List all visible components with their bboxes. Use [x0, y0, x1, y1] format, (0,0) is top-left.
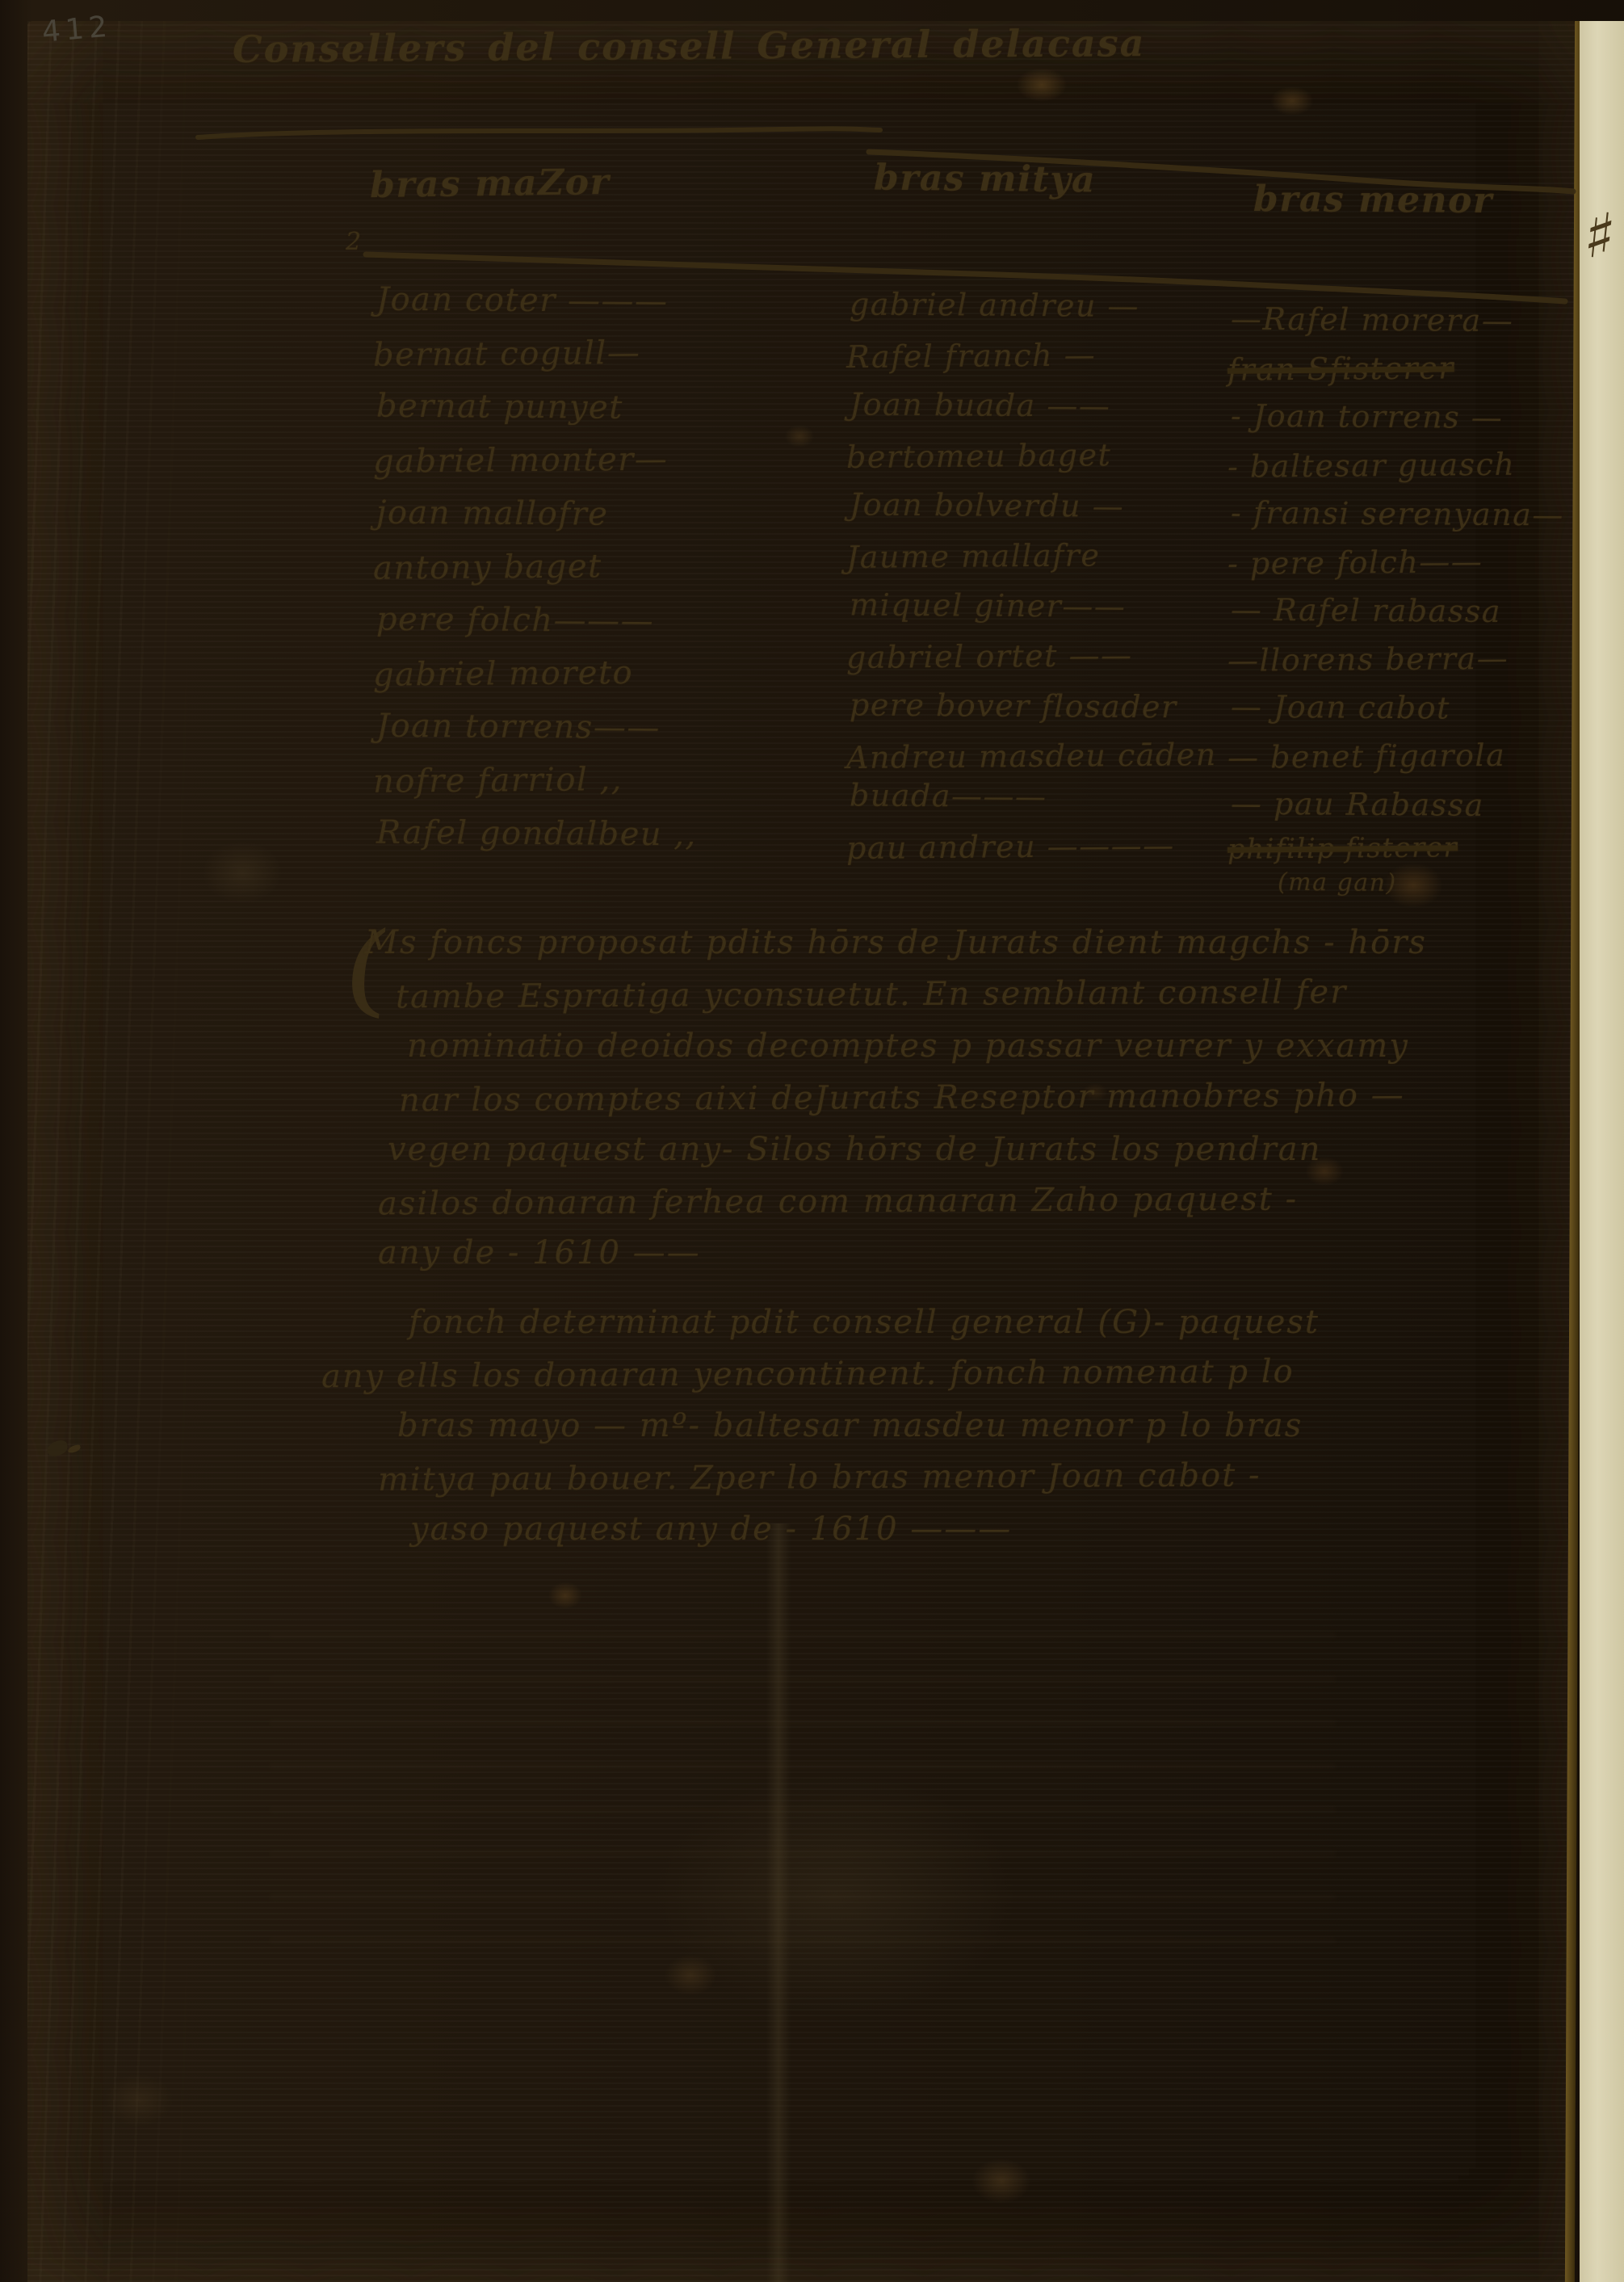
name-entry: pau andreu ———— — [846, 829, 1217, 864]
name-entry: (ma gan) — [1278, 867, 1564, 901]
paragraph-line: any de - 1610 —— — [378, 1236, 1427, 1270]
column-header-bras-major: bras maZor — [370, 162, 611, 206]
name-entry: — Joan cabot — [1231, 691, 1564, 725]
name-entry: Rafel franch — — [846, 338, 1217, 373]
name-entry: fran Sfisterer — [1227, 351, 1561, 386]
paragraph-line: bras mayo — mº- baltesar masdeu menor p … — [397, 1409, 1320, 1443]
name-entry: - baltesar guasch — [1227, 448, 1561, 483]
name-entry: gabriel andreu — — [850, 288, 1220, 322]
manuscript-scan: 412 Consellers del consell General delac… — [0, 0, 1624, 2282]
name-entry: —Rafel morera— — [1231, 303, 1564, 338]
name-entry: - fransi serenyana— — [1231, 497, 1564, 532]
paragraph-line: any ells los donaran yencontinent. fonch… — [321, 1355, 1320, 1393]
name-entry: Rafel gondalbeu ,, — [376, 815, 697, 853]
paragraph-proposal: Ms foncs proposat pdits hōrs de Jurats d… — [365, 926, 1427, 1288]
page-title: Consellers del consell General delacasa — [233, 21, 1146, 71]
next-page-edge — [1580, 21, 1624, 2282]
name-entry: Andreu masdeu cāden — [846, 738, 1217, 774]
name-list-bras-major: Joan coter ———bernat cogull—bernat punye… — [373, 283, 694, 869]
name-entry: buada——— — [850, 779, 1220, 813]
paragraph-line: asilos donaran ferhea com manaran Zaho p… — [378, 1182, 1427, 1221]
name-entry: Joan bolverdu — — [850, 488, 1220, 523]
name-entry: gabriel ortet —— — [846, 638, 1217, 674]
paragraph-line: Ms foncs proposat pdits hōrs de Jurats d… — [365, 926, 1427, 960]
name-entry: bertomeu baget — [846, 438, 1217, 473]
paragraph-line: mitya pau bouer. Zper lo bras menor Joan… — [378, 1458, 1320, 1497]
name-entry: - Joan torrens — — [1231, 400, 1564, 435]
name-entry: — Rafel rabassa — [1231, 594, 1564, 628]
margin-note-2: 2 — [346, 228, 363, 256]
ink-bleed-through — [270, 1633, 1336, 1980]
name-list-bras-mitja: gabriel andreu —Rafel franch —Joan buada… — [846, 289, 1217, 880]
page-number: 412 — [40, 10, 113, 48]
name-entry: gabriel monter— — [373, 441, 694, 479]
name-entry: phifilip fisterer — [1227, 830, 1561, 866]
margin-hash-mark: ♯ — [1581, 207, 1618, 267]
name-entry: Joan coter ——— — [376, 282, 697, 320]
column-header-bras-menor: bras menor — [1253, 179, 1493, 221]
paragraph-resolution: fonch determinat pdit consell general (G… — [321, 1305, 1320, 1564]
name-entry: — pau Rabassa — [1231, 788, 1564, 822]
paragraph-line: yaso paquest any de - 1610 ——— — [410, 1512, 1320, 1546]
name-entry: nofre farriol ,, — [373, 761, 694, 799]
name-entry: bernat cogull— — [373, 334, 694, 372]
paragraph-line: nominatio deoidos decomptes p passar veu… — [407, 1029, 1427, 1063]
name-entry: — benet figarola — [1227, 738, 1561, 774]
paragraph-line: vegen paquest any- Silos hōrs de Jurats … — [388, 1133, 1427, 1166]
name-entry: Joan torrens—— — [376, 708, 697, 746]
column-header-bras-mitja: bras mitya — [874, 158, 1097, 201]
name-entry: pere bover flosader — [850, 688, 1220, 723]
name-entry: antony baget — [373, 548, 694, 586]
name-entry: —llorens berra— — [1227, 641, 1561, 677]
name-entry: miquel giner—— — [850, 588, 1220, 623]
name-entry: - pere folch—— — [1227, 544, 1561, 580]
name-list-bras-menor: —Rafel morera—fran Sfisterer- Joan torre… — [1227, 304, 1561, 916]
name-entry: gabriel moreto — [373, 654, 694, 692]
name-entry: Joan buada —— — [850, 388, 1220, 422]
paragraph-line: tambe Espratiga yconsuetut. En semblant … — [396, 975, 1427, 1015]
paragraph-line: nar los comptes aixi deJurats Reseptor m… — [399, 1078, 1427, 1118]
paragraph-line: fonch determinat pdit consell general (G… — [409, 1305, 1320, 1339]
name-entry: pere folch——— — [376, 602, 697, 640]
name-entry: Jaume mallafre — [846, 538, 1217, 574]
name-entry: joan mallofre — [376, 495, 697, 533]
name-entry: bernat punyet — [376, 389, 697, 427]
